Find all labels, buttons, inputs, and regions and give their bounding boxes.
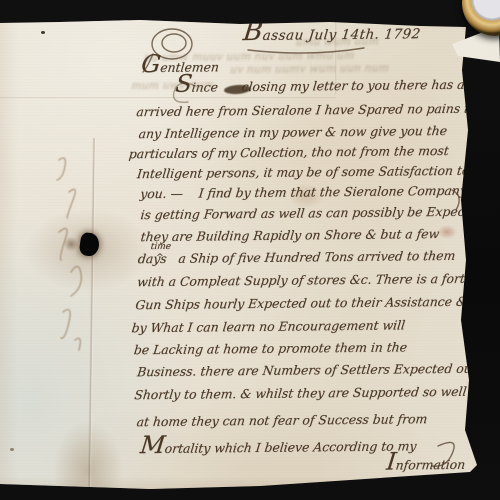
letter-line: Gun Ships hourly Expected out to their A… xyxy=(135,295,468,313)
letter-line: with a Compleat Supply of stores &c. The… xyxy=(136,272,475,290)
letter-paper: Bassau July 14th. 1792GentlemenSince clo… xyxy=(0,0,500,500)
letter-line: at home they can not fear of Success but… xyxy=(136,412,428,429)
letter-line: arrived here from Sieralone I have Spare… xyxy=(136,101,500,119)
bleedthrough-line: uv num uumv wum uun num xyxy=(229,62,390,77)
letter-text: Bassau July 14th. 1792GentlemenSince clo… xyxy=(0,0,500,500)
letter-line: Mortality which I believe According to m… xyxy=(139,439,417,456)
letter-line: be Lacking at home to promote them in th… xyxy=(133,340,408,357)
letter-line: Shortly to them. & whilst they are Suppo… xyxy=(134,385,468,403)
letter-line: you. — I find by them that the Sieralone… xyxy=(139,184,473,202)
letter-line: Since closing my letter to you there has… xyxy=(174,77,500,95)
bleedthrough-line: mum uwv num xyxy=(130,78,214,92)
letter-line: by What I can learn no Encouragement wil… xyxy=(131,318,406,335)
letter-line: Business. there are Numbers of Settlers … xyxy=(136,362,477,380)
signoff: Information xyxy=(385,458,466,473)
letter-line: any Intelligence in my power & now give … xyxy=(138,124,448,142)
letter-line: days a Ship of five Hundred Tons arrived… xyxy=(137,249,456,267)
letter-line: particulars of my Collection, tho not fr… xyxy=(128,144,449,162)
letter-line: Intelligent persons, it may be of some S… xyxy=(136,164,470,182)
photo-of-letter: Bassau July 14th. 1792GentlemenSince clo… xyxy=(0,0,500,500)
scale-coin xyxy=(462,0,500,36)
letter-line: they are Building Rapidly on Shore & but… xyxy=(140,227,440,244)
letter-line: is getting Forward as well as can possib… xyxy=(140,205,486,223)
bleedthrough-line: umu wum uum xyxy=(295,35,380,49)
